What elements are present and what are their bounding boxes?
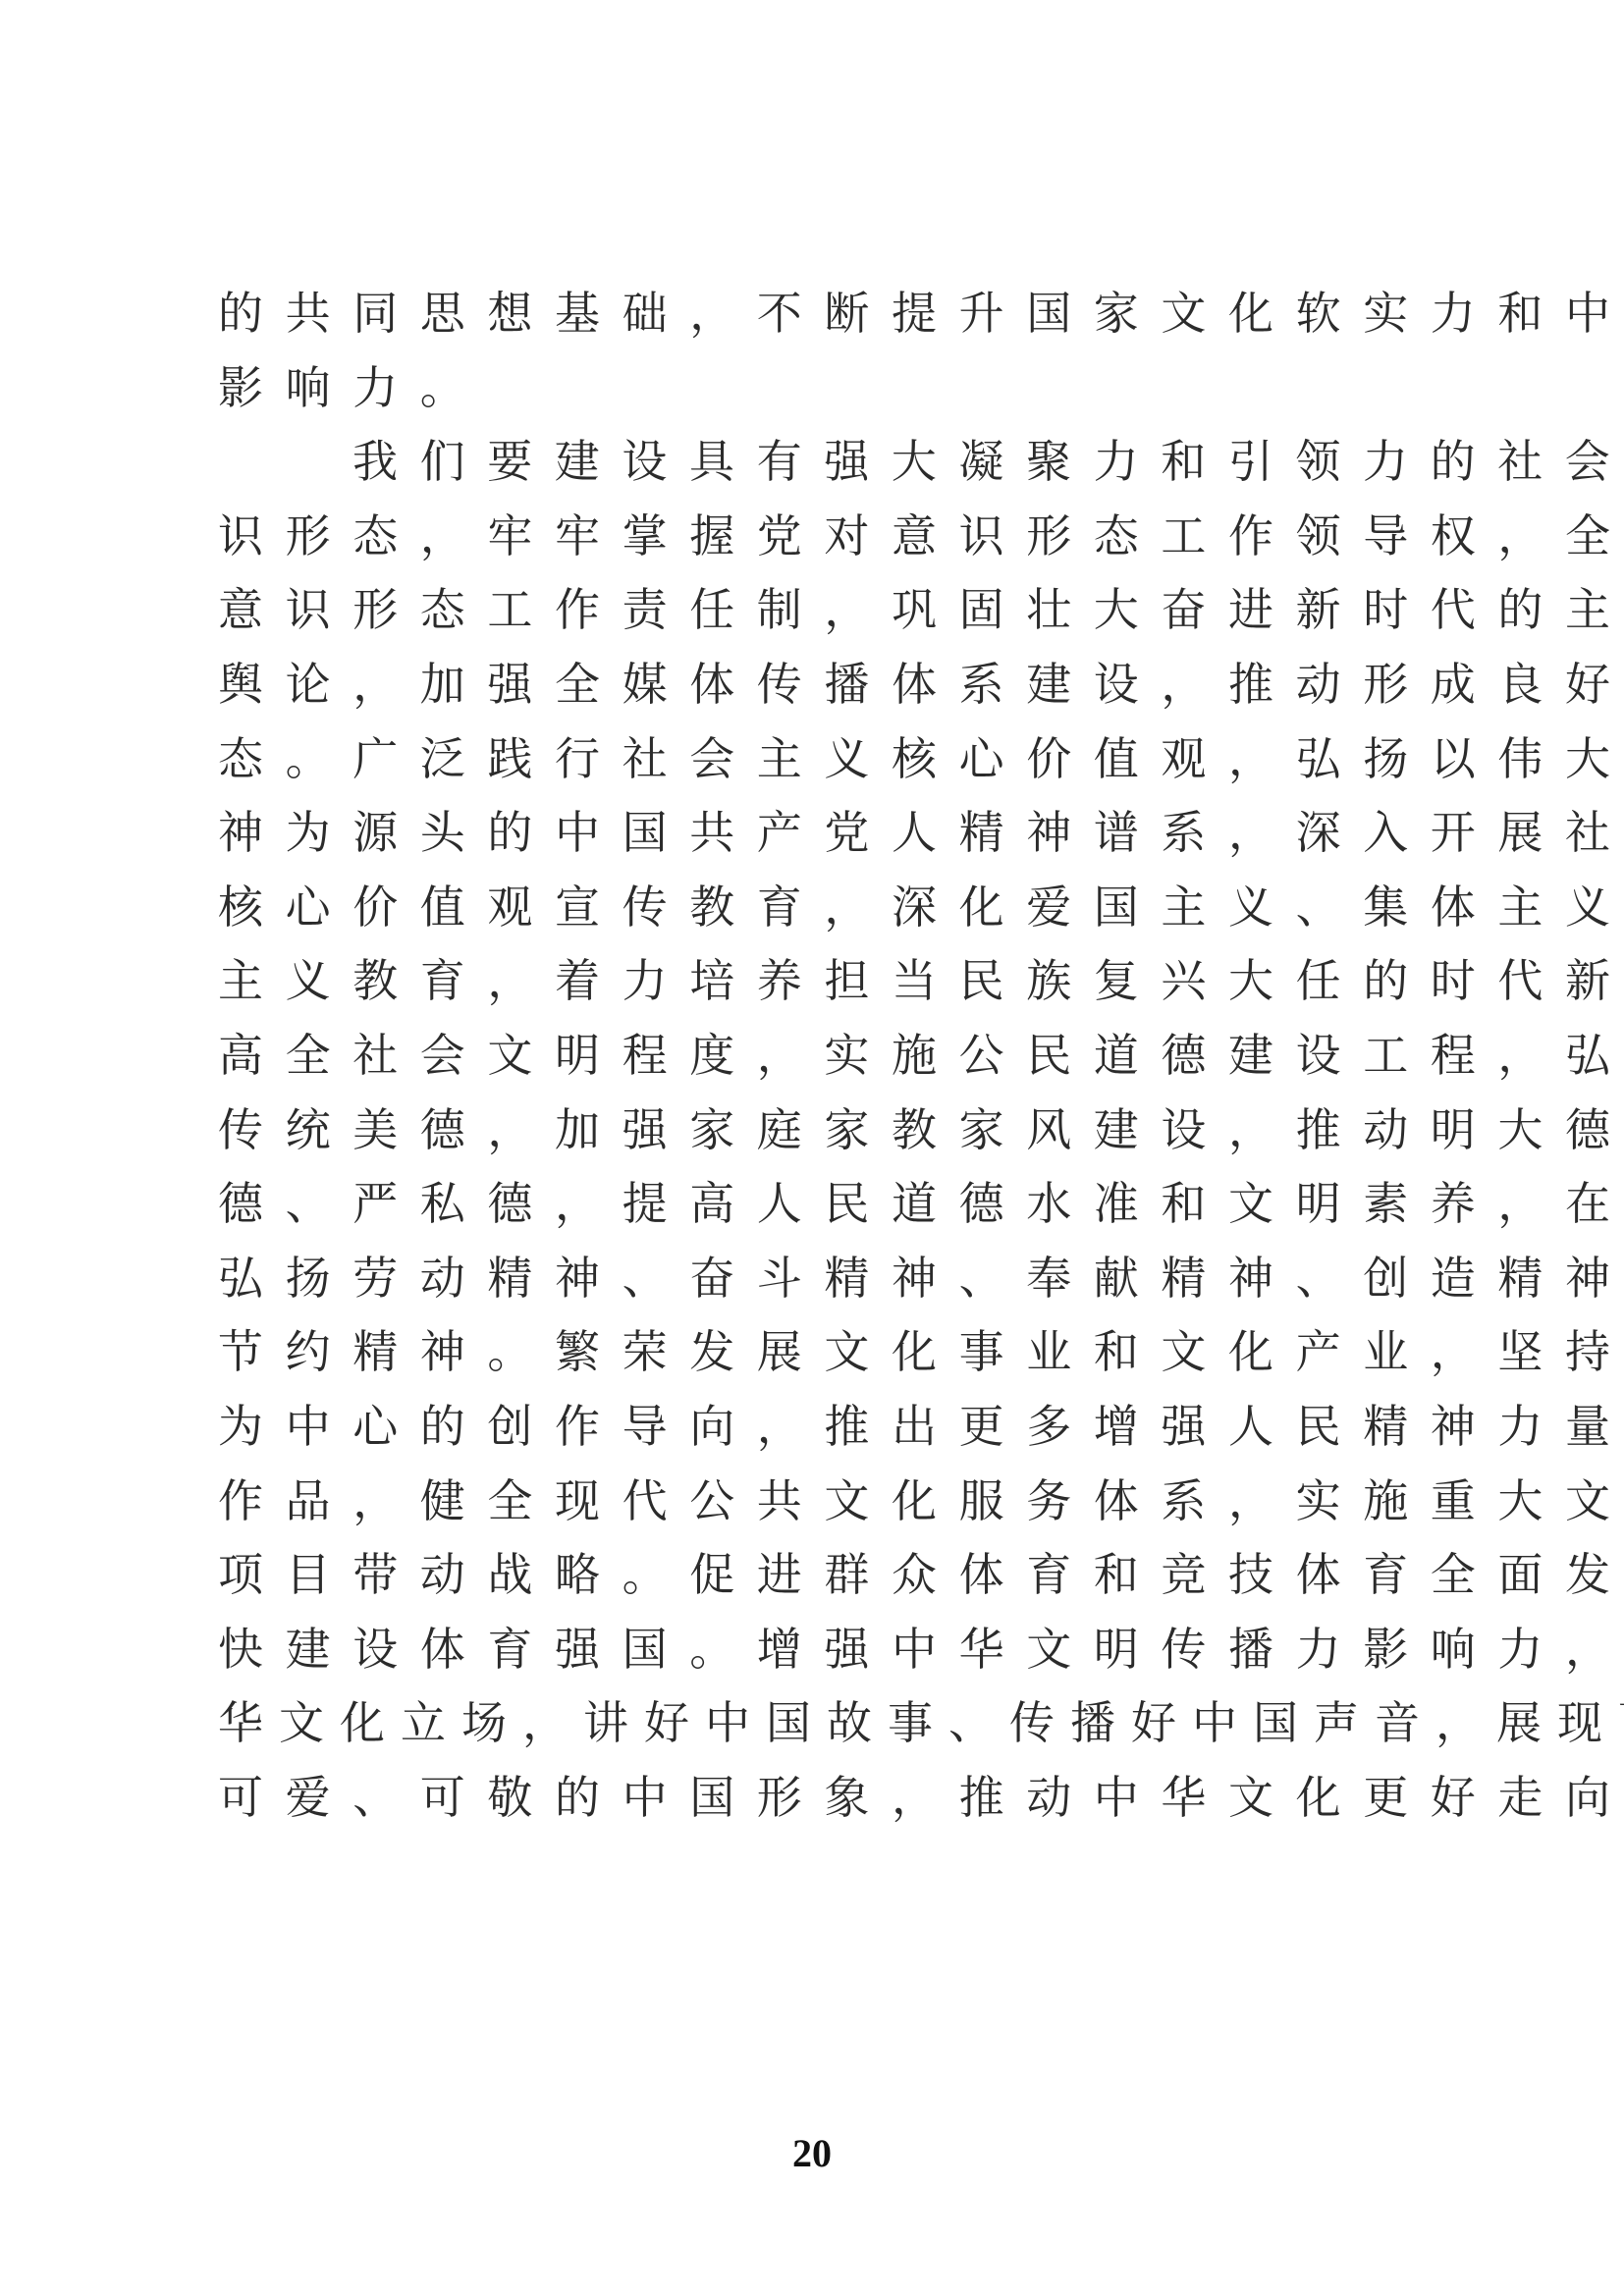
text-line: 项目带动战略。促进群众体育和竞技体育全面发展，加 <box>218 1538 1435 1613</box>
text-line: 为中心的创作导向，推出更多增强人民精神力量的优秀 <box>218 1390 1435 1465</box>
paragraph-start-line: 我们要建设具有强大凝聚力和引领力的社会主义意 <box>218 425 1435 500</box>
text-line: 的共同思想基础，不断提升国家文化软实力和中华文化 <box>218 277 1435 351</box>
text-line: 可爱、可敬的中国形象，推动中华文化更好走向世界。 <box>218 1761 1435 1836</box>
document-page: 的共同思想基础，不断提升国家文化软实力和中华文化 影响力。 我们要建设具有强大凝… <box>0 0 1624 2296</box>
text-line: 弘扬劳动精神、奋斗精神、奉献精神、创造精神、勤俭 <box>218 1242 1435 1316</box>
text-line: 影响力。 <box>218 351 1435 426</box>
text-line: 作品，健全现代公共文化服务体系，实施重大文化产业 <box>218 1465 1435 1539</box>
body-text: 的共同思想基础，不断提升国家文化软实力和中华文化 影响力。 我们要建设具有强大凝… <box>218 277 1435 1835</box>
text-line: 神为源头的中国共产党人精神谱系，深入开展社会主义 <box>218 796 1435 871</box>
text-line: 舆论，加强全媒体传播体系建设，推动形成良好网络生 <box>218 648 1435 722</box>
text-line: 核心价值观宣传教育，深化爱国主义、集体主义、社会 <box>218 871 1435 945</box>
text-line: 传统美德，加强家庭家教家风建设，推动明大德、守公 <box>218 1094 1435 1168</box>
text-line: 高全社会文明程度，实施公民道德建设工程，弘扬中华 <box>218 1019 1435 1094</box>
text-line: 态。广泛践行社会主义核心价值观，弘扬以伟大建党精 <box>218 722 1435 797</box>
text-line: 主义教育，着力培养担当民族复兴大任的时代新人。提 <box>218 944 1435 1019</box>
text-line: 德、严私德，提高人民道德水准和文明素养，在全社会 <box>218 1167 1435 1242</box>
text-line: 华文化立场，讲好中国故事、传播好中国声音，展现可信、 <box>218 1686 1435 1761</box>
text-line: 节约精神。繁荣发展文化事业和文化产业，坚持以人民 <box>218 1315 1435 1390</box>
page-number: 20 <box>0 2130 1624 2176</box>
text-line: 快建设体育强国。增强中华文明传播力影响力，坚守中 <box>218 1613 1435 1687</box>
text-line: 识形态，牢牢掌握党对意识形态工作领导权，全面落实 <box>218 500 1435 574</box>
text-line: 意识形态工作责任制，巩固壮大奋进新时代的主流思想 <box>218 573 1435 648</box>
